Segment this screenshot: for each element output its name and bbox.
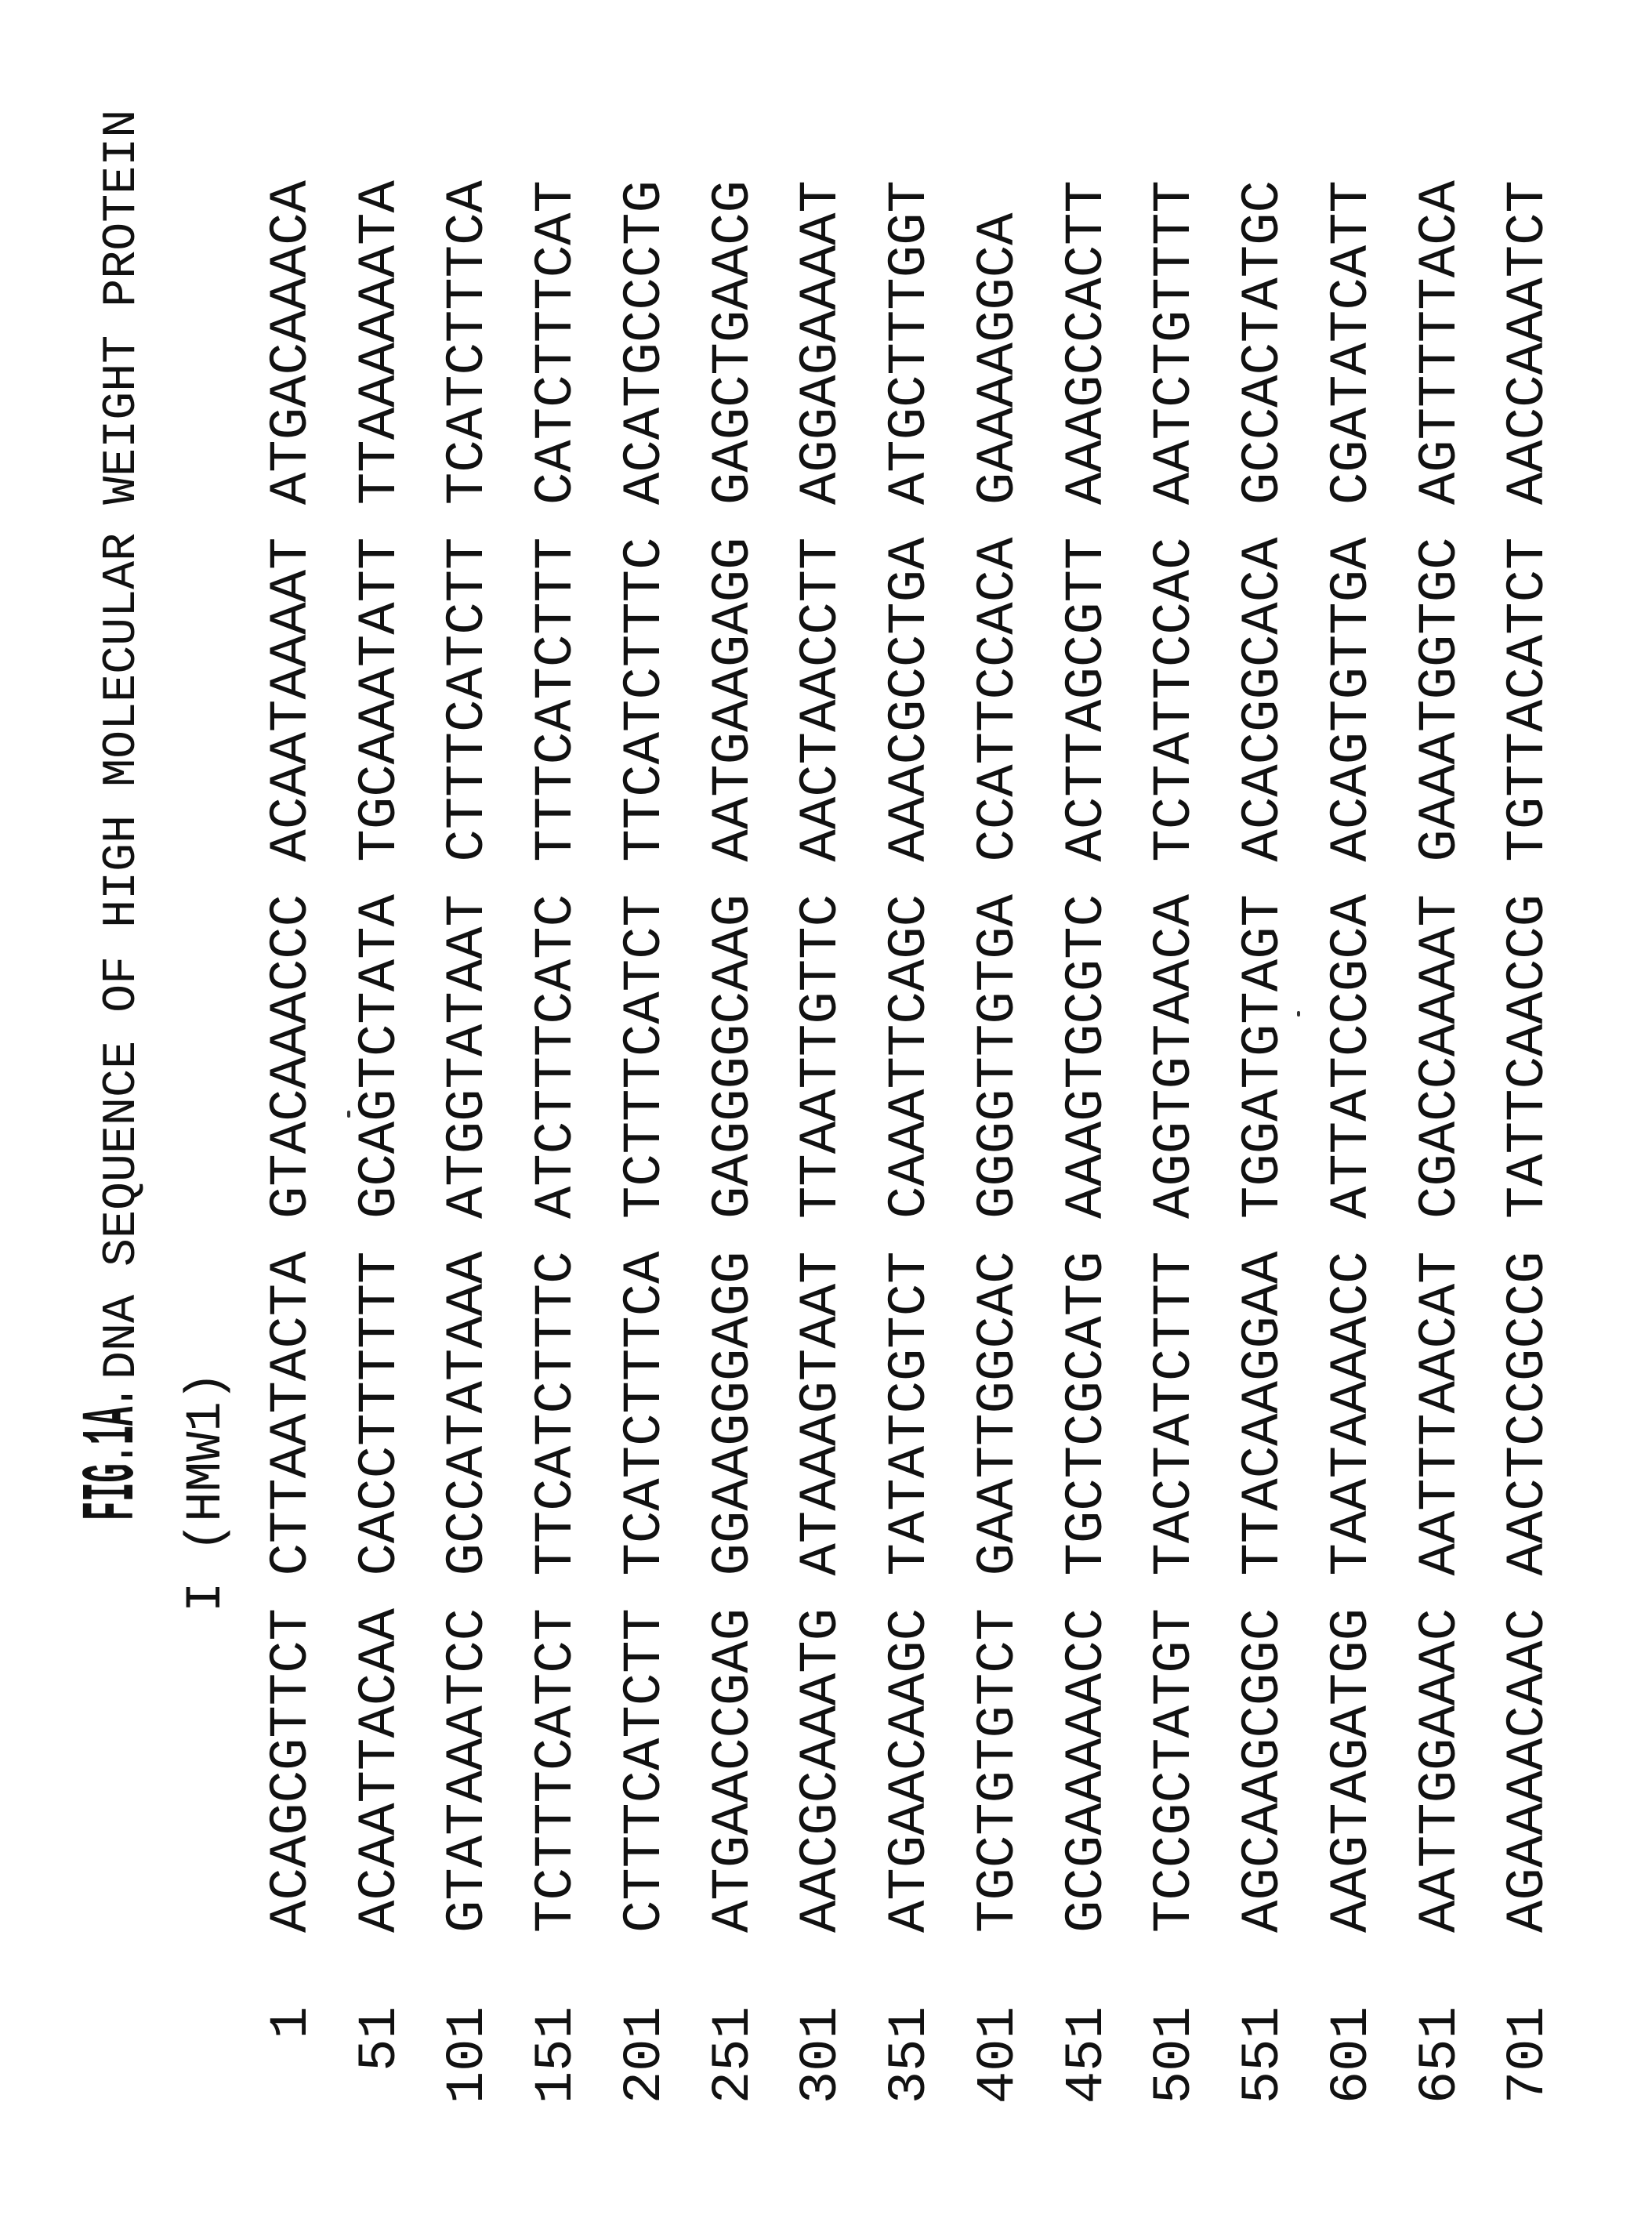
scan-speck <box>347 1111 350 1118</box>
sequence-bases: ATGAACAAGC TATATCGTCT CAAATTCAGC AAACGCC… <box>883 180 937 1933</box>
scan-speck <box>1297 1011 1300 1017</box>
sequence-bases: ACAGCGTTCT CTTAATACTA GTACAAACCC ACAATAA… <box>265 180 319 1933</box>
position-number: 701 <box>1502 2006 1556 2229</box>
sequence-row: 201 CTTTCATCTT TCATCTTTCA TCTTTCATCT TTC… <box>618 0 672 2229</box>
position-number: 301 <box>795 2006 849 2229</box>
sequence-row: 501 TCCGCTATGT TACTATCTTT AGGTGTAACA TCT… <box>1148 0 1202 2229</box>
sequence-row: 301 AACGCAAATG ATAAAGTAAT TTAATTGTTC AAC… <box>795 0 849 2229</box>
sequence-bases: GTATAAATCC GCCATATAAA ATGGTATAAT CTTTCAT… <box>441 180 495 1933</box>
position-number: 51 <box>353 2006 408 2229</box>
sequence-bases: ACAATTACAA CACCTTTTTT GCAGTCTATA TGCAAAT… <box>353 180 408 1933</box>
position-number: 351 <box>883 2006 937 2229</box>
sequence-row: 451 GCGAAAAACC TGCTCGCATG AAAGTGCGTC ACT… <box>1060 0 1114 2229</box>
sequence-bases: TGCTGTGTCT GAATTGGCAC GGGGTTGTGA CCATTCC… <box>972 212 1026 1933</box>
position-number: 401 <box>972 2006 1026 2229</box>
sequence-bases: TCTTTCATCT TTCATCTTTC ATCTTTCATC TTTCATC… <box>530 180 584 1933</box>
position-number: 501 <box>1148 2006 1202 2229</box>
sequence-row: 651 AATTGGAAAC AATTTAACAT CGACCAAAAT GAA… <box>1414 0 1468 2229</box>
position-number: 651 <box>1414 2006 1468 2229</box>
position-number: 251 <box>707 2006 761 2229</box>
sequence-bases: AGCAAGCGGC TTACAAGGAA TGGATGTAGT ACACGGC… <box>1237 180 1291 1933</box>
sequence-row: 251 ATGAACCGAG GGAAGGGAGG GAGGGGCAAG AAT… <box>707 0 761 2229</box>
position-number: 451 <box>1060 2006 1114 2229</box>
sequence-bases: CTTTCATCTT TCATCTTTCA TCTTTCATCT TTCATCT… <box>618 180 672 1933</box>
sequence-row: 401 TGCTGTGTCT GAATTGGCAC GGGGTTGTGA CCA… <box>972 0 1026 2229</box>
sequence-bases: AGAAAACAAC AACTCCGCCG TATTCAACCG TGTTACA… <box>1502 180 1556 1933</box>
sequence-row: 701 AGAAAACAAC AACTCCGCCG TATTCAACCG TGT… <box>1502 0 1556 2229</box>
position-number: 151 <box>530 2006 584 2229</box>
sequence-row: 551 AGCAAGCGGC TTACAAGGAA TGGATGTAGT ACA… <box>1237 0 1291 2229</box>
sequence-bases: AATTGGAAAC AATTTAACAT CGACCAAAAT GAAATGG… <box>1414 180 1468 1933</box>
position-number: 601 <box>1325 2006 1379 2229</box>
sequence-bases: TCCGCTATGT TACTATCTTT AGGTGTAACA TCTATTC… <box>1148 180 1202 1933</box>
sequence-bases: AACGCAAATG ATAAAGTAAT TTAATTGTTC AACTAAC… <box>795 180 849 1933</box>
sequence-row: 1 ACAGCGTTCT CTTAATACTA GTACAAACCC ACAAT… <box>265 0 319 2229</box>
figure-title: DNA SEQUENCE OF HIGH MOLECULAR WEIGHT PR… <box>99 110 146 1379</box>
sequence-row: 151 TCTTTCATCT TTCATCTTTC ATCTTTCATC TTT… <box>530 0 584 2229</box>
sequence-row: 351 ATGAACAAGC TATATCGTCT CAAATTCAGC AAA… <box>883 0 937 2229</box>
sequence-row: 601 AAGTAGATGG TAATAAAACC ATTATCCGCA ACA… <box>1325 0 1379 2229</box>
sequence-row: 51 ACAATTACAA CACCTTTTTT GCAGTCTATA TGCA… <box>353 0 408 2229</box>
sequence-bases: ATGAACCGAG GGAAGGGAGG GAGGGGCAAG AATGAAG… <box>707 180 761 1933</box>
position-number: 101 <box>441 2006 495 2229</box>
position-number: 201 <box>618 2006 672 2229</box>
position-number: 551 <box>1237 2006 1291 2229</box>
sequence-row: 101 GTATAAATCC GCCATATAAA ATGGTATAAT CTT… <box>441 0 495 2229</box>
rotated-patent-page: FIG.1A. DNA SEQUENCE OF HIGH MOLECULAR W… <box>0 0 1652 2229</box>
figure-subtitle: I (HMW1) <box>182 1372 232 1612</box>
position-number: 1 <box>265 2006 319 2229</box>
sequence-bases: AAGTAGATGG TAATAAAACC ATTATCCGCA ACAGTGT… <box>1325 180 1379 1933</box>
figure-label: FIG.1A. <box>75 1388 150 1520</box>
sequence-bases: GCGAAAAACC TGCTCGCATG AAAGTGCGTC ACTTAGC… <box>1060 180 1114 1933</box>
